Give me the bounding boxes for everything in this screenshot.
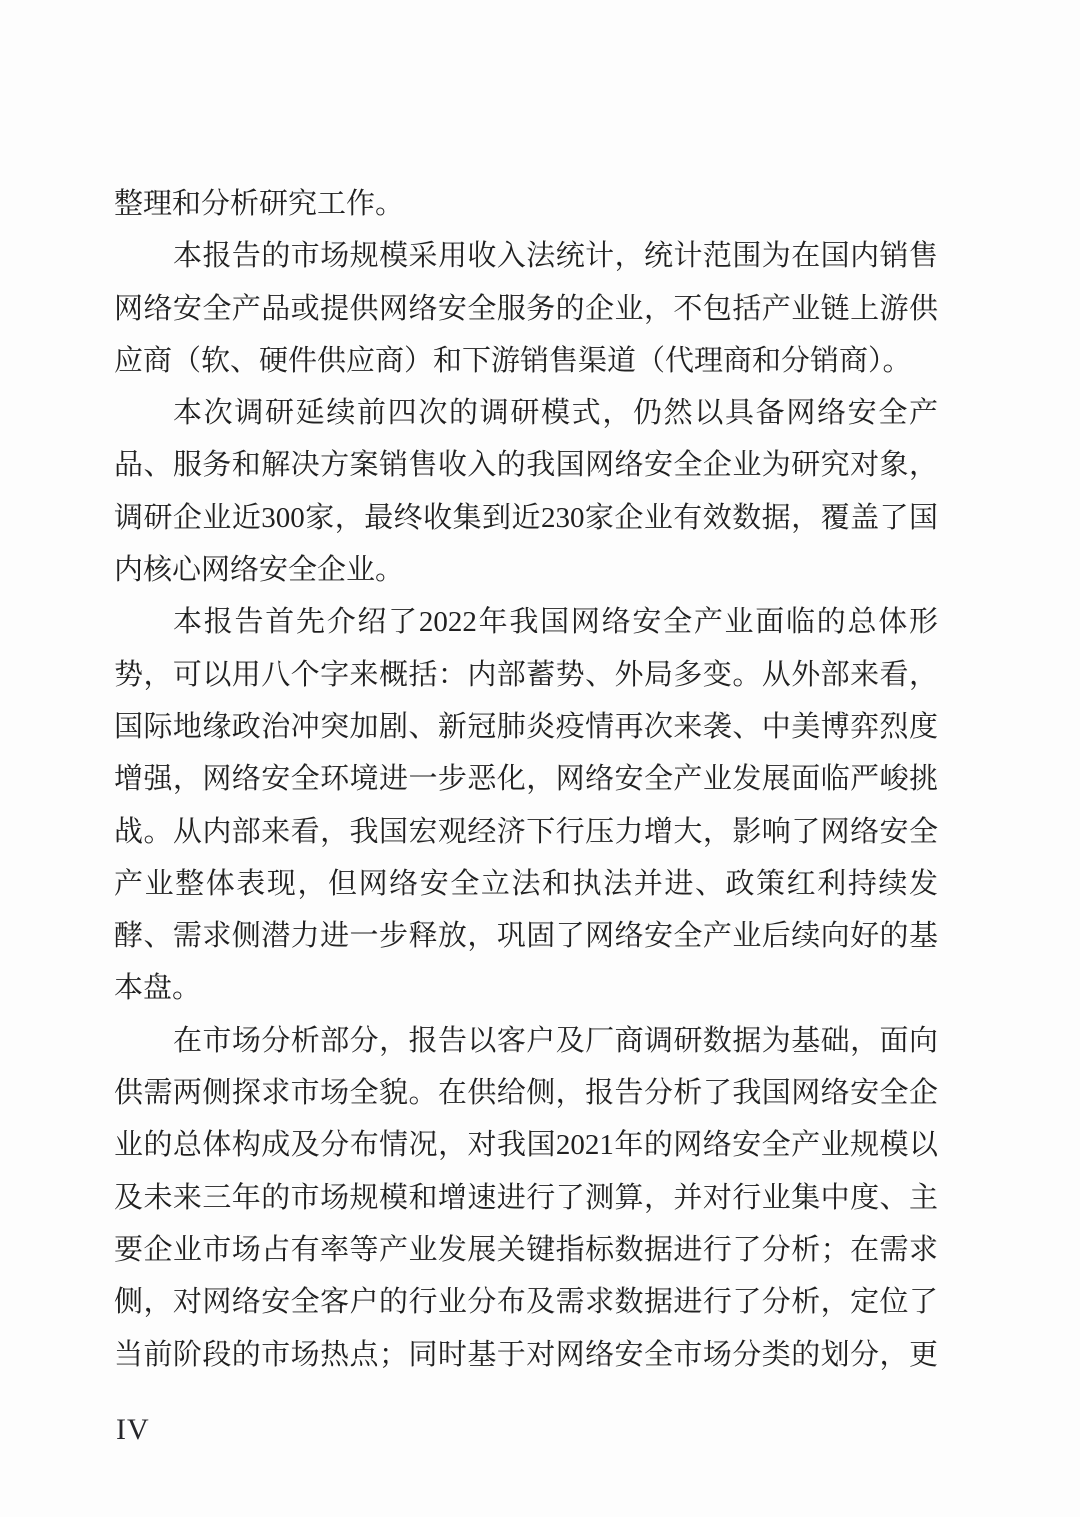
text-line: 品、服务和解决方案销售收入的我国网络安全企业为研究对象，: [114, 439, 938, 491]
body-text: 整理和分析研究工作。 本报告的市场规模采用收入法统计，统计范围为在国内销售 网络…: [114, 178, 938, 1381]
page-number: IV: [116, 1408, 150, 1452]
text-line: 势，可以用八个字来概括：内部蓄势、外局多变。从外部来看，: [114, 649, 938, 701]
text-line: 国际地缘政治冲突加剧、新冠肺炎疫情再次来袭、中美博弈烈度: [114, 701, 938, 753]
text-line: 供需两侧探求市场全貌。在供给侧，报告分析了我国网络安全企: [114, 1067, 938, 1119]
text-line: 整理和分析研究工作。: [114, 178, 938, 230]
text-line: 调研企业近300家，最终收集到近230家企业有效数据，覆盖了国: [114, 492, 938, 544]
text-line: 本次调研延续前四次的调研模式，仍然以具备网络安全产: [114, 387, 938, 439]
text-line: 侧，对网络安全客户的行业分布及需求数据进行了分析，定位了: [114, 1276, 938, 1328]
text-line: 本报告首先介绍了2022年我国网络安全产业面临的总体形: [114, 596, 938, 648]
text-line: 业的总体构成及分布情况，对我国2021年的网络安全产业规模以: [114, 1119, 938, 1171]
text-line: 应商（软、硬件供应商）和下游销售渠道（代理商和分销商）。: [114, 335, 938, 387]
text-line: 当前阶段的市场热点；同时基于对网络安全市场分类的划分，更: [114, 1329, 938, 1381]
text-line: 战。从内部来看，我国宏观经济下行压力增大，影响了网络安全: [114, 806, 938, 858]
text-line: 酵、需求侧潜力进一步释放，巩固了网络安全产业后续向好的基: [114, 910, 938, 962]
text-line: 增强，网络安全环境进一步恶化，网络安全产业发展面临严峻挑: [114, 753, 938, 805]
text-line: 本报告的市场规模采用收入法统计，统计范围为在国内销售: [114, 230, 938, 282]
text-line: 要企业市场占有率等产业发展关键指标数据进行了分析；在需求: [114, 1224, 938, 1276]
text-line: 网络安全产品或提供网络安全服务的企业，不包括产业链上游供: [114, 283, 938, 335]
text-line: 在市场分析部分，报告以客户及厂商调研数据为基础，面向: [114, 1015, 938, 1067]
text-line: 本盘。: [114, 962, 938, 1014]
text-line: 及未来三年的市场规模和增速进行了测算，并对行业集中度、主: [114, 1172, 938, 1224]
text-line: 产业整体表现，但网络安全立法和执法并进、政策红利持续发: [114, 858, 938, 910]
text-line: 内核心网络安全企业。: [114, 544, 938, 596]
document-page: 整理和分析研究工作。 本报告的市场规模采用收入法统计，统计范围为在国内销售 网络…: [0, 0, 1080, 1517]
